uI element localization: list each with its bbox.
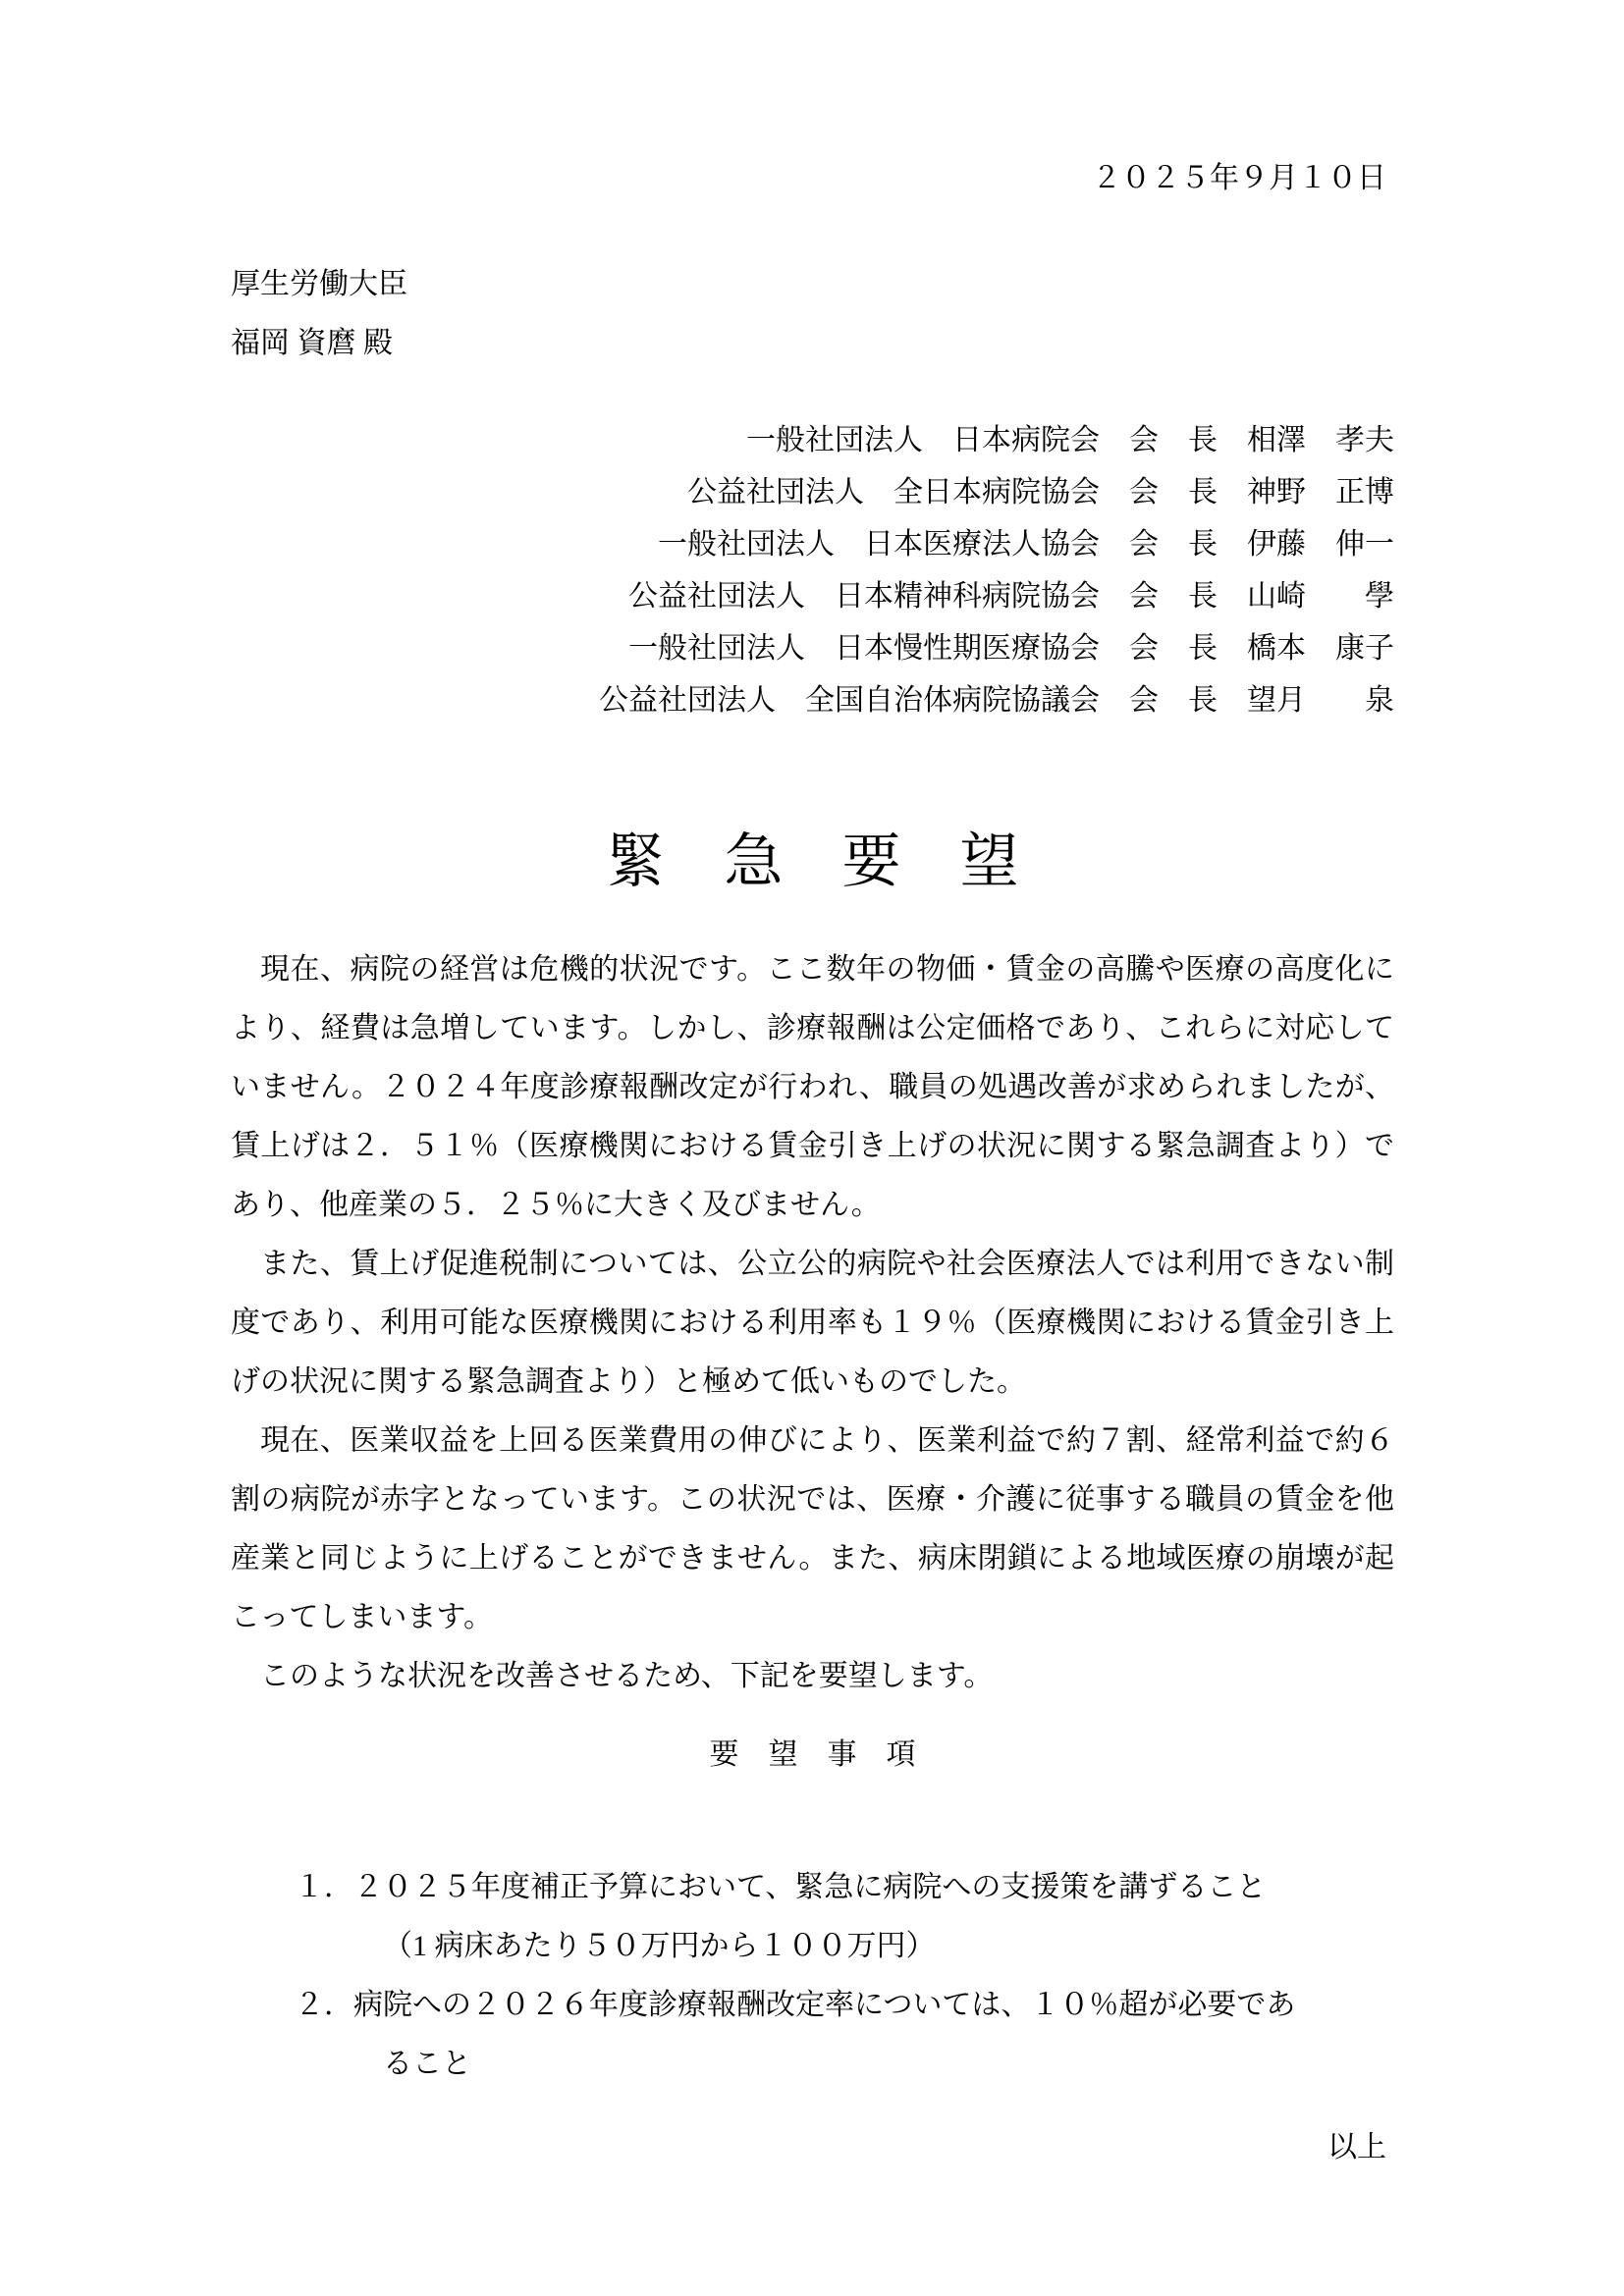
- section-heading: 要 望 事 項: [231, 1726, 1394, 1785]
- item-text: 病院への２０２６年度診療報酬改定率については、１０％超が必要であ: [353, 1989, 1295, 2021]
- signatory-line: 公益社団法人 全国自治体病院協議会 会 長 望月 泉: [231, 674, 1394, 726]
- addressee-block: 厚生労働大臣 福岡 資麿 殿: [231, 255, 1394, 373]
- item-number: １．: [295, 1871, 353, 1903]
- body-paragraph: また、賃上げ促進税制については、公立公的病院や社会医療法人では利用できない制度で…: [231, 1235, 1394, 1412]
- request-item-line: ２．病院への２０２６年度診療報酬改定率については、１０％超が必要であ: [295, 1976, 1394, 2035]
- body-paragraph: 現在、病院の経営は危機的状況です。ここ数年の物価・賃金の高騰や医療の高度化により…: [231, 940, 1394, 1235]
- body-paragraph: 現在、医業収益を上回る医業費用の伸びにより、医業利益で約７割、経常利益で約６割の…: [231, 1412, 1394, 1647]
- request-item-2: ２．病院への２０２６年度診療報酬改定率については、１０％超が必要であ ること: [295, 1976, 1394, 2094]
- addressee-title: 厚生労働大臣: [231, 255, 1394, 314]
- item-note: （1 病床あたり５０万円から１００万円）: [383, 1917, 1394, 1976]
- body-paragraph: このような状況を改善させるため、下記を要望します。: [231, 1647, 1394, 1706]
- document-page: ２０２５年９月１０日 厚生労働大臣 福岡 資麿 殿 一般社団法人 日本病院会 会…: [0, 0, 1624, 2296]
- request-item-line: １．２０２５年度補正予算において、緊急に病院への支援策を講ずること: [295, 1858, 1394, 1917]
- addressee-name: 福岡 資麿 殿: [231, 314, 1394, 373]
- item-text: ２０２５年度補正予算において、緊急に病院への支援策を講ずること: [353, 1871, 1266, 1903]
- document-title: 緊 急 要 望: [231, 813, 1394, 911]
- closing-label: 以上: [231, 2118, 1394, 2177]
- document-content: ２０２５年９月１０日 厚生労働大臣 福岡 資麿 殿 一般社団法人 日本病院会 会…: [0, 0, 1624, 2177]
- document-date: ２０２５年９月１０日: [231, 149, 1394, 208]
- request-item-1: １．２０２５年度補正予算において、緊急に病院への支援策を講ずること （1 病床あ…: [295, 1858, 1394, 1976]
- body-text: 現在、病院の経営は危機的状況です。ここ数年の物価・賃金の高騰や医療の高度化により…: [231, 940, 1394, 1706]
- signatory-line: 公益社団法人 日本精神科病院協会 会 長 山崎 學: [231, 570, 1394, 622]
- signatory-block: 一般社団法人 日本病院会 会 長 相澤 孝夫 公益社団法人 全日本病院協会 会 …: [231, 414, 1394, 726]
- item-text-continued: ること: [383, 2035, 1394, 2094]
- item-number: ２．: [295, 1989, 353, 2021]
- signatory-line: 一般社団法人 日本病院会 会 長 相澤 孝夫: [231, 414, 1394, 466]
- signatory-line: 一般社団法人 日本医療法人協会 会 長 伊藤 伸一: [231, 518, 1394, 570]
- signatory-line: 一般社団法人 日本慢性期医療協会 会 長 橋本 康子: [231, 622, 1394, 674]
- signatory-line: 公益社団法人 全日本病院協会 会 長 神野 正博: [231, 466, 1394, 518]
- request-items: １．２０２５年度補正予算において、緊急に病院への支援策を講ずること （1 病床あ…: [295, 1858, 1394, 2094]
